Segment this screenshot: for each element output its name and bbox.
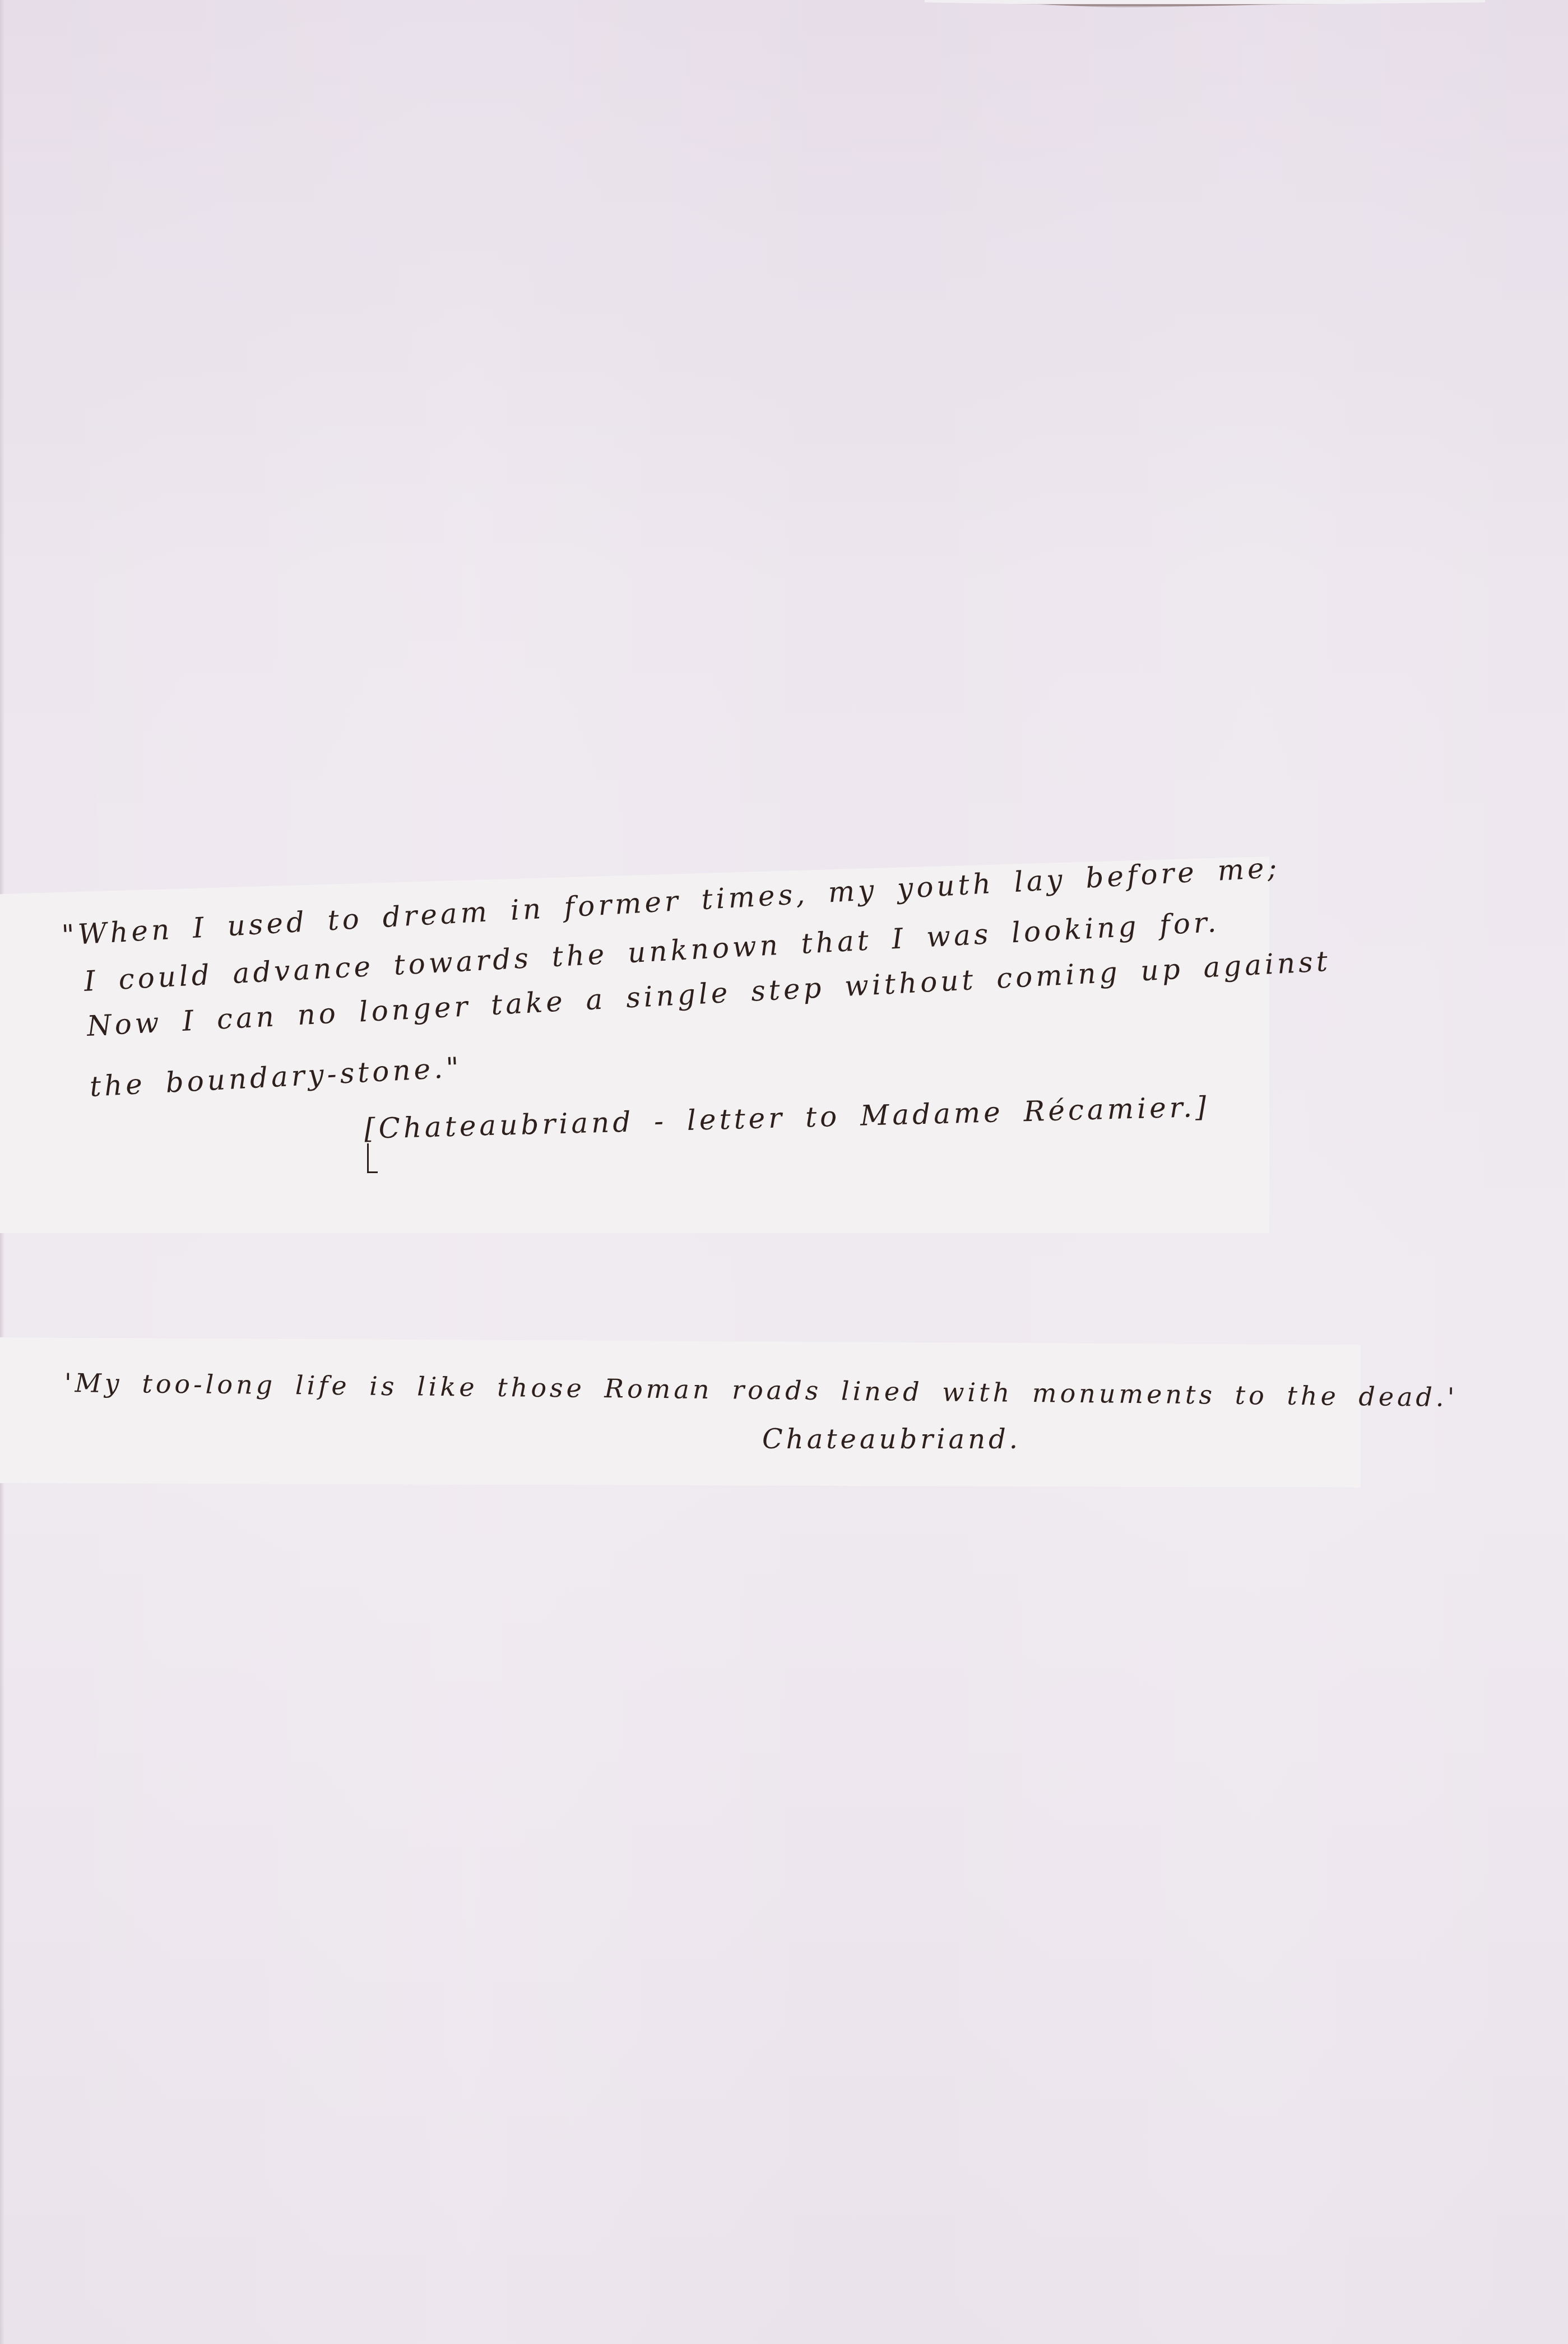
torn-top-edge [925, 0, 1485, 8]
pasted-paper-strip-quote-2 [0, 1337, 1361, 1488]
quote-2-attribution: Chateaubriand. [762, 1424, 1021, 1455]
scanned-page: "When I used to dream in former times, m… [0, 0, 1568, 2344]
bracket-mark [367, 1143, 378, 1173]
